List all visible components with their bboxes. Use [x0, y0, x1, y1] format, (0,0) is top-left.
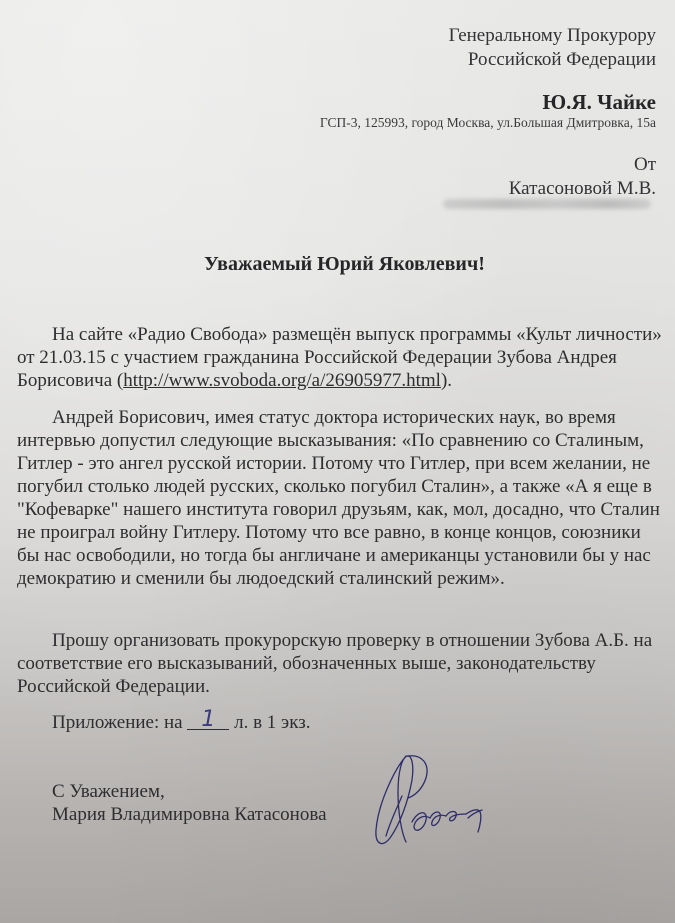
appendix-line: Приложение: на 1 л. в 1 экз.: [52, 711, 310, 734]
paragraph-1: На сайте «Радио Свобода» размещён выпуск…: [17, 323, 662, 392]
sender-block: От Катасоновой М.В.: [509, 153, 656, 201]
closing-block: С Уважением, Мария Владимировна Катасоно…: [52, 780, 327, 826]
addressee-block: Генеральному Прокурору Российской Федера…: [449, 24, 656, 72]
addressee-title-line-1: Генеральному Прокурору: [449, 24, 656, 48]
addressee-address: ГСП-3, 125993, город Москва, ул.Большая …: [320, 115, 656, 131]
closing-phrase: С Уважением,: [52, 780, 327, 803]
paragraph-1-tail: ).: [441, 370, 452, 391]
signer-name: Мария Владимировна Катасонова: [52, 803, 327, 826]
letter-page: Генеральному Прокурору Российской Федера…: [0, 0, 675, 923]
salutation: Уважаемый Юрий Яковлевич!: [0, 253, 675, 276]
source-link[interactable]: http://www.svoboda.org/a/26905977.html: [123, 370, 441, 391]
paragraph-3: Прошу организовать прокурорскую проверку…: [17, 629, 662, 698]
paragraph-2-text: Андрей Борисович, имея статус доктора ис…: [17, 406, 662, 590]
appendix-suffix: л. в 1 экз.: [229, 712, 310, 733]
sender-address-redacted: [443, 199, 651, 209]
paragraph-3-text: Прошу организовать прокурорскую проверку…: [17, 629, 662, 698]
signature-icon: [368, 752, 508, 852]
appendix-prefix: Приложение: на: [52, 712, 187, 733]
paragraph-2: Андрей Борисович, имея статус доктора ис…: [17, 406, 662, 590]
addressee-name: Ю.Я. Чайке: [543, 90, 656, 115]
handwritten-page-count: 1: [187, 711, 229, 730]
addressee-title-line-2: Российской Федерации: [449, 48, 656, 72]
sender-name: Катасоновой М.В.: [509, 177, 656, 201]
sender-from-label: От: [509, 153, 656, 177]
